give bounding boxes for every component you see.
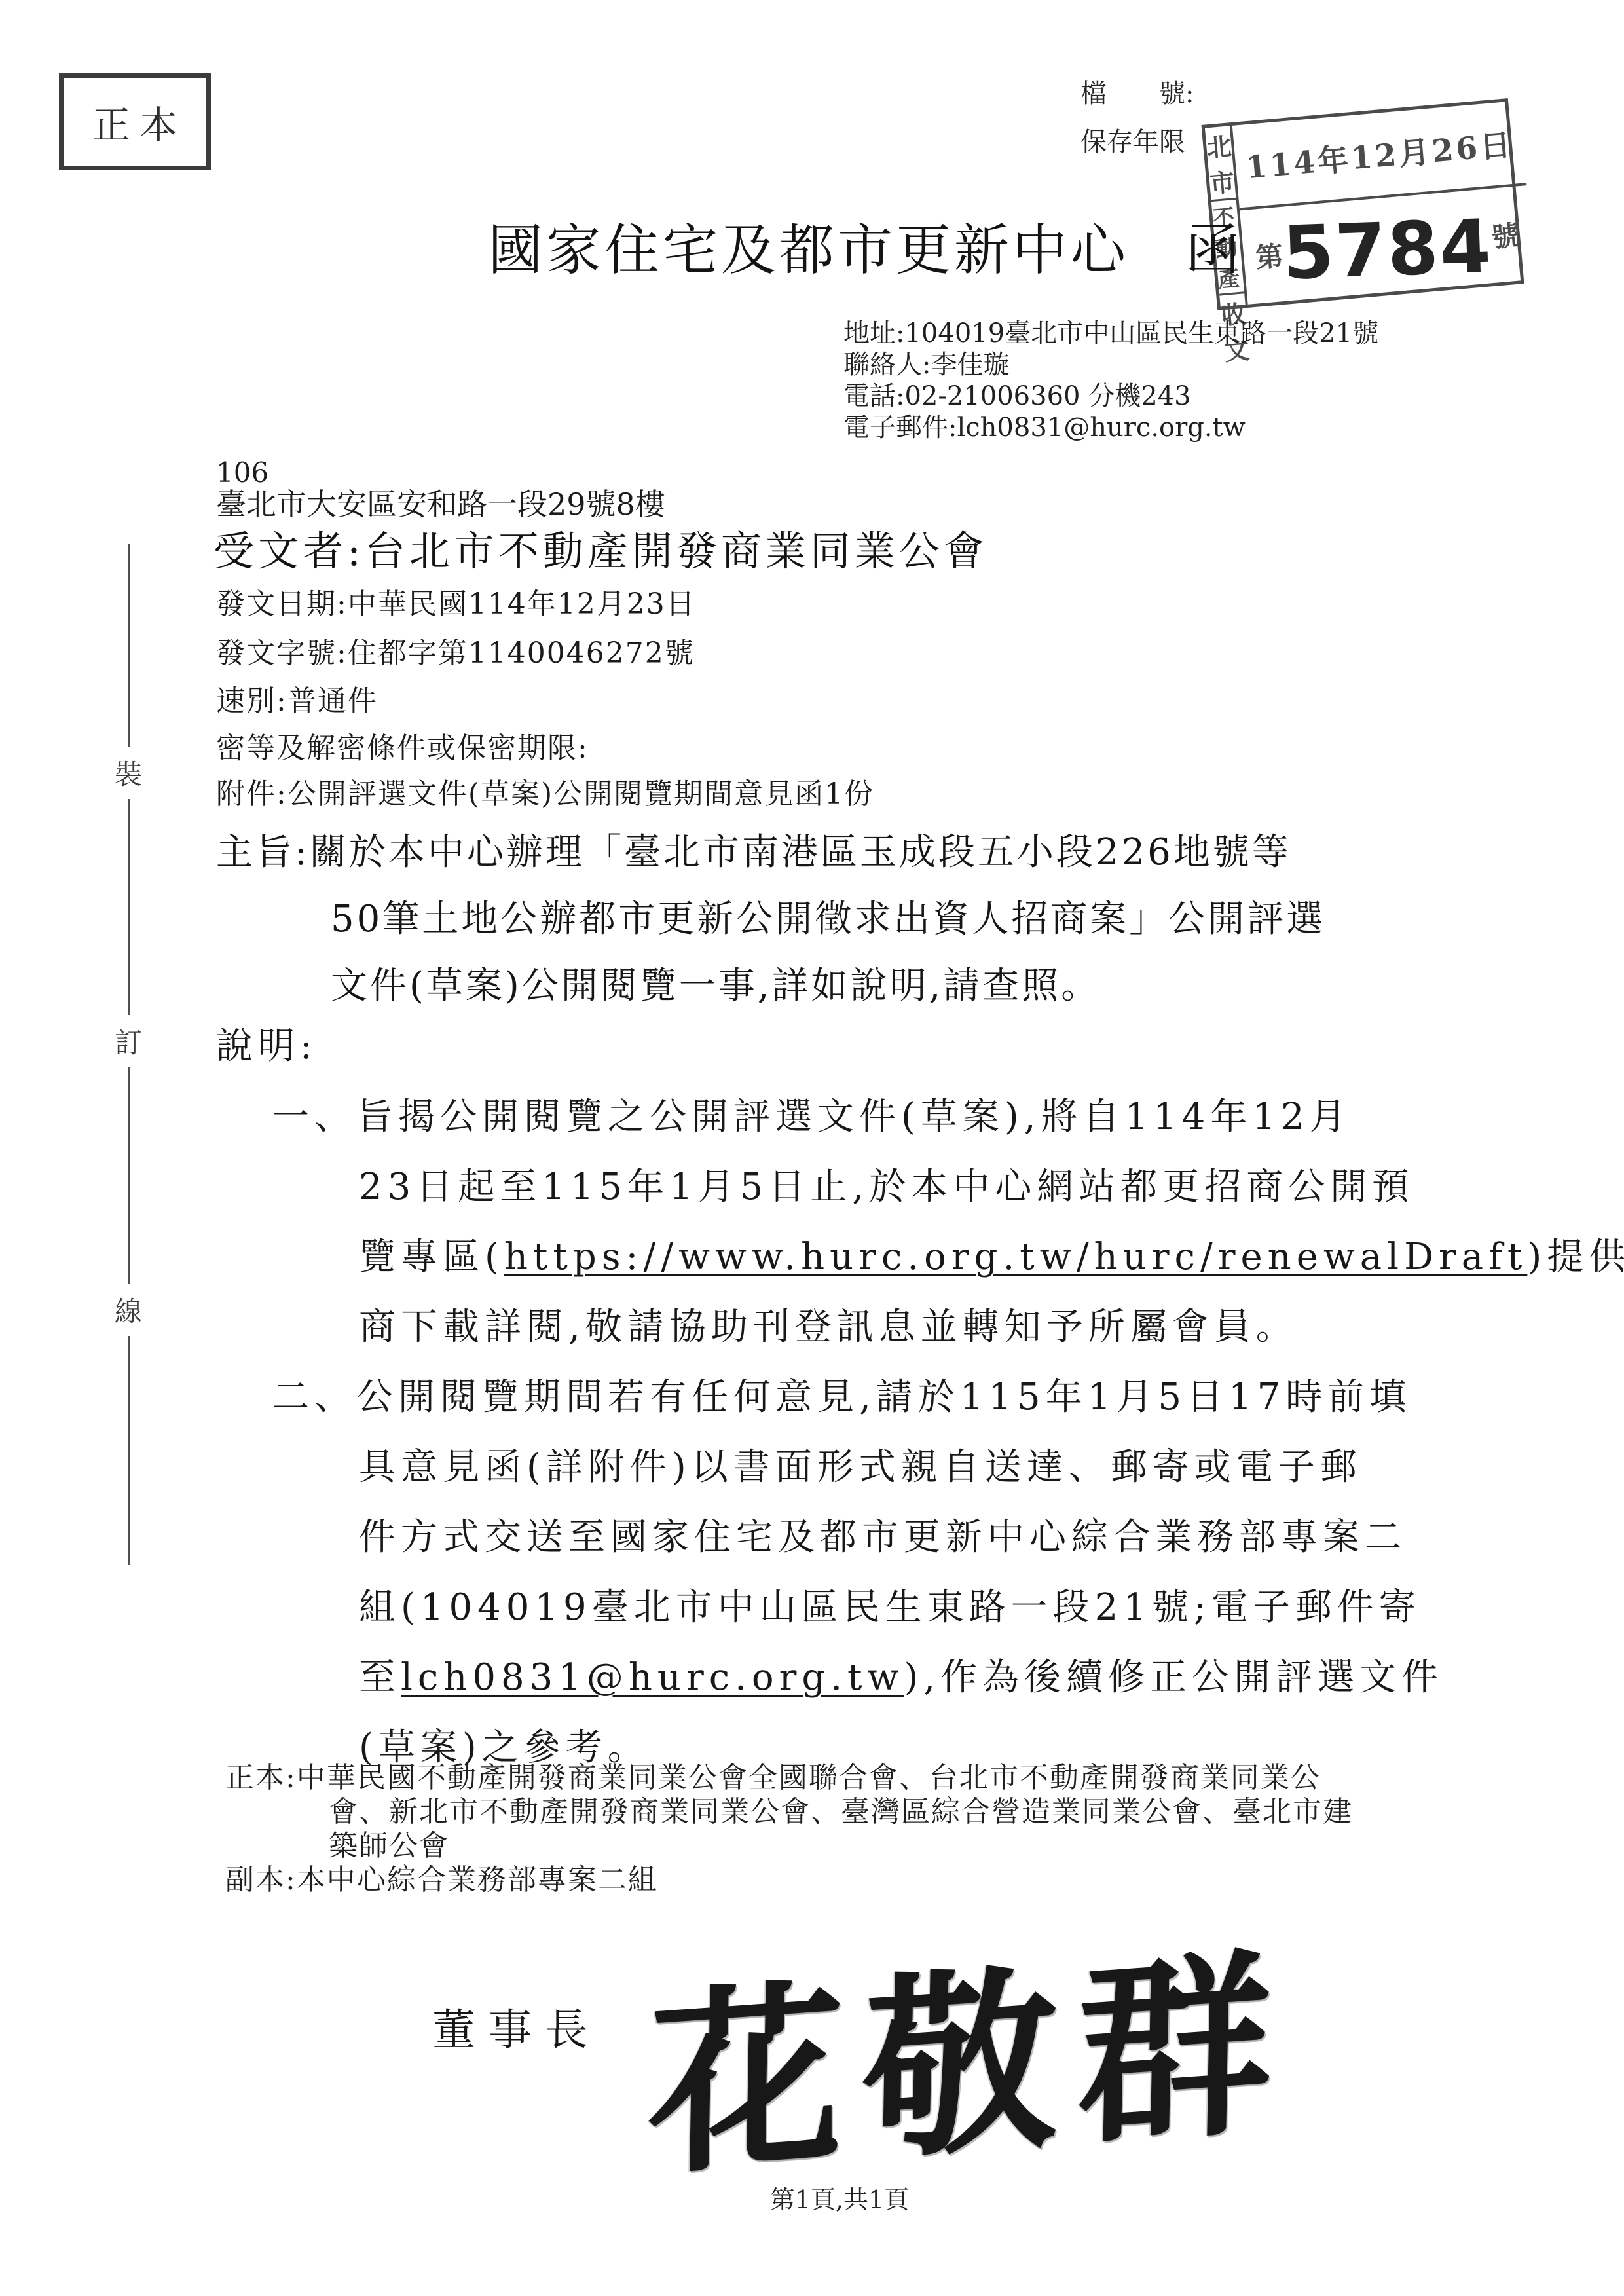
file-number-label: 檔 號: xyxy=(1080,79,1194,109)
retention-label: 保存年限 xyxy=(1080,127,1185,157)
sender-email: 電子郵件:lch0831@hurc.org.tw xyxy=(843,413,1246,443)
stamp-number-prefix: 第 xyxy=(1254,234,1285,276)
sender-phone: 電話:02-21006360 分機243 xyxy=(843,381,1191,411)
scanned-official-letter: 正本 檔 號: 保存年限 北市 不動產 收文 114年12月26日 第 5784… xyxy=(0,0,1624,2296)
description-heading: 說明: xyxy=(216,1026,318,1067)
description-item1-line4: 商下載詳閱,敬請協助刊登訊息並轉知予所屬會員。 xyxy=(359,1306,1298,1348)
item2-line5-prefix: 至 xyxy=(359,1656,401,1699)
description-item1-line2: 23日起至115年1月5日止,於本中心網站都更招商公開預 xyxy=(359,1166,1414,1208)
distribution-original-line2: 會、新北市不動產開發商業同業公會、臺灣區綜合營造業同業公會、臺北市建 xyxy=(329,1796,1353,1829)
stamp-org-top: 北市 xyxy=(1205,126,1236,200)
binding-mark-ding: 訂 xyxy=(111,1015,145,1067)
issue-date-line: 發文日期:中華民國114年12月23日 xyxy=(216,588,696,621)
document-title-type: 函 xyxy=(1185,218,1244,282)
speed-line: 速別:普通件 xyxy=(216,685,378,718)
chairman-signature: 花敬群 xyxy=(646,1886,1294,2212)
distribution-copy-line: 副本:本中心綜合業務部專案二組 xyxy=(225,1864,658,1897)
item2-line5-suffix: ),作為後續修正公開評選文件 xyxy=(904,1656,1444,1699)
attachment-line: 附件:公開評選文件(草案)公開閱覽期間意見函1份 xyxy=(216,778,874,811)
recipient-line: 受文者:台北市不動產開發商業同業公會 xyxy=(213,528,988,574)
receive-stamp-body: 114年12月26日 第 5784 號 xyxy=(1232,101,1535,305)
signature-title: 董事長 xyxy=(432,2005,601,2055)
sender-contact: 聯絡人:李佳璇 xyxy=(843,350,1009,380)
renewal-draft-url: https://www.hurc.org.tw/hurc/renewalDraf… xyxy=(504,1236,1528,1278)
subject-line-3: 文件(草案)公開閱覽一事,詳如說明,請查照。 xyxy=(331,965,1100,1007)
page-footer: 第1頁,共1頁 xyxy=(770,2186,909,2215)
document-title: 國家住宅及都市更新中心函 xyxy=(488,219,1244,282)
distribution-original-line3: 築師公會 xyxy=(329,1830,449,1863)
description-item2-line3: 件方式交送至國家住宅及都市更新中心綜合業務部專案二 xyxy=(359,1517,1407,1559)
subject-line-1: 主旨:關於本中心辦理「臺北市南港區玉成段五小段226地號等 xyxy=(216,832,1291,874)
description-item2-line2: 具意見函(詳附件)以書面形式親自送達、郵寄或電子郵 xyxy=(359,1447,1362,1489)
receive-stamp: 北市 不動產 收文 114年12月26日 第 5784 號 xyxy=(1202,98,1524,310)
copy-type-label: 正本 xyxy=(92,94,187,149)
sender-address: 地址:104019臺北市中山區民生東路一段21號 xyxy=(843,318,1378,348)
stamp-number-suffix: 號 xyxy=(1490,213,1521,255)
security-line: 密等及解密條件或保密期限: xyxy=(216,732,589,766)
description-item1-line1: 一、旨揭公開閱覽之公開評選文件(草案),將自114年12月 xyxy=(272,1096,1352,1138)
binding-mark-xian: 線 xyxy=(111,1284,145,1336)
distribution-original-line1: 正本:中華民國不動產開發商業同業公會全國聯合會、台北市不動產開發商業同業公 xyxy=(225,1762,1321,1795)
item1-line3-prefix: 覽專區( xyxy=(359,1236,504,1278)
binding-mark-zhuang: 裝 xyxy=(111,747,145,799)
description-item2-line1: 二、公開閱覽期間若有任何意見,請於115年1月5日17時前填 xyxy=(272,1377,1411,1418)
item1-line3-suffix: )提供廠 xyxy=(1527,1236,1624,1278)
document-title-org: 國家住宅及都市更新中心 xyxy=(488,218,1129,282)
contact-email-text: lch0831@hurc.org.tw xyxy=(401,1656,904,1699)
recipient-zip: 106 xyxy=(216,457,268,489)
doc-number-line: 發文字號:住都字第1140046272號 xyxy=(216,637,695,671)
recipient-address: 臺北市大安區安和路一段29號8樓 xyxy=(216,487,665,522)
copy-type-box: 正本 xyxy=(59,73,211,170)
description-item2-line5: 至lch0831@hurc.org.tw),作為後續修正公開評選文件 xyxy=(359,1657,1443,1699)
description-item2-line4: 組(104019臺北市中山區民生東路一段21號;電子郵件寄 xyxy=(359,1587,1421,1629)
description-item1-line3: 覽專區(https://www.hurc.org.tw/hurc/renewal… xyxy=(359,1236,1624,1278)
stamp-number-handwritten: 5784 xyxy=(1282,204,1494,296)
subject-line-2: 50筆土地公辦都市更新公開徵求出資人招商案」公開評選 xyxy=(331,898,1325,940)
